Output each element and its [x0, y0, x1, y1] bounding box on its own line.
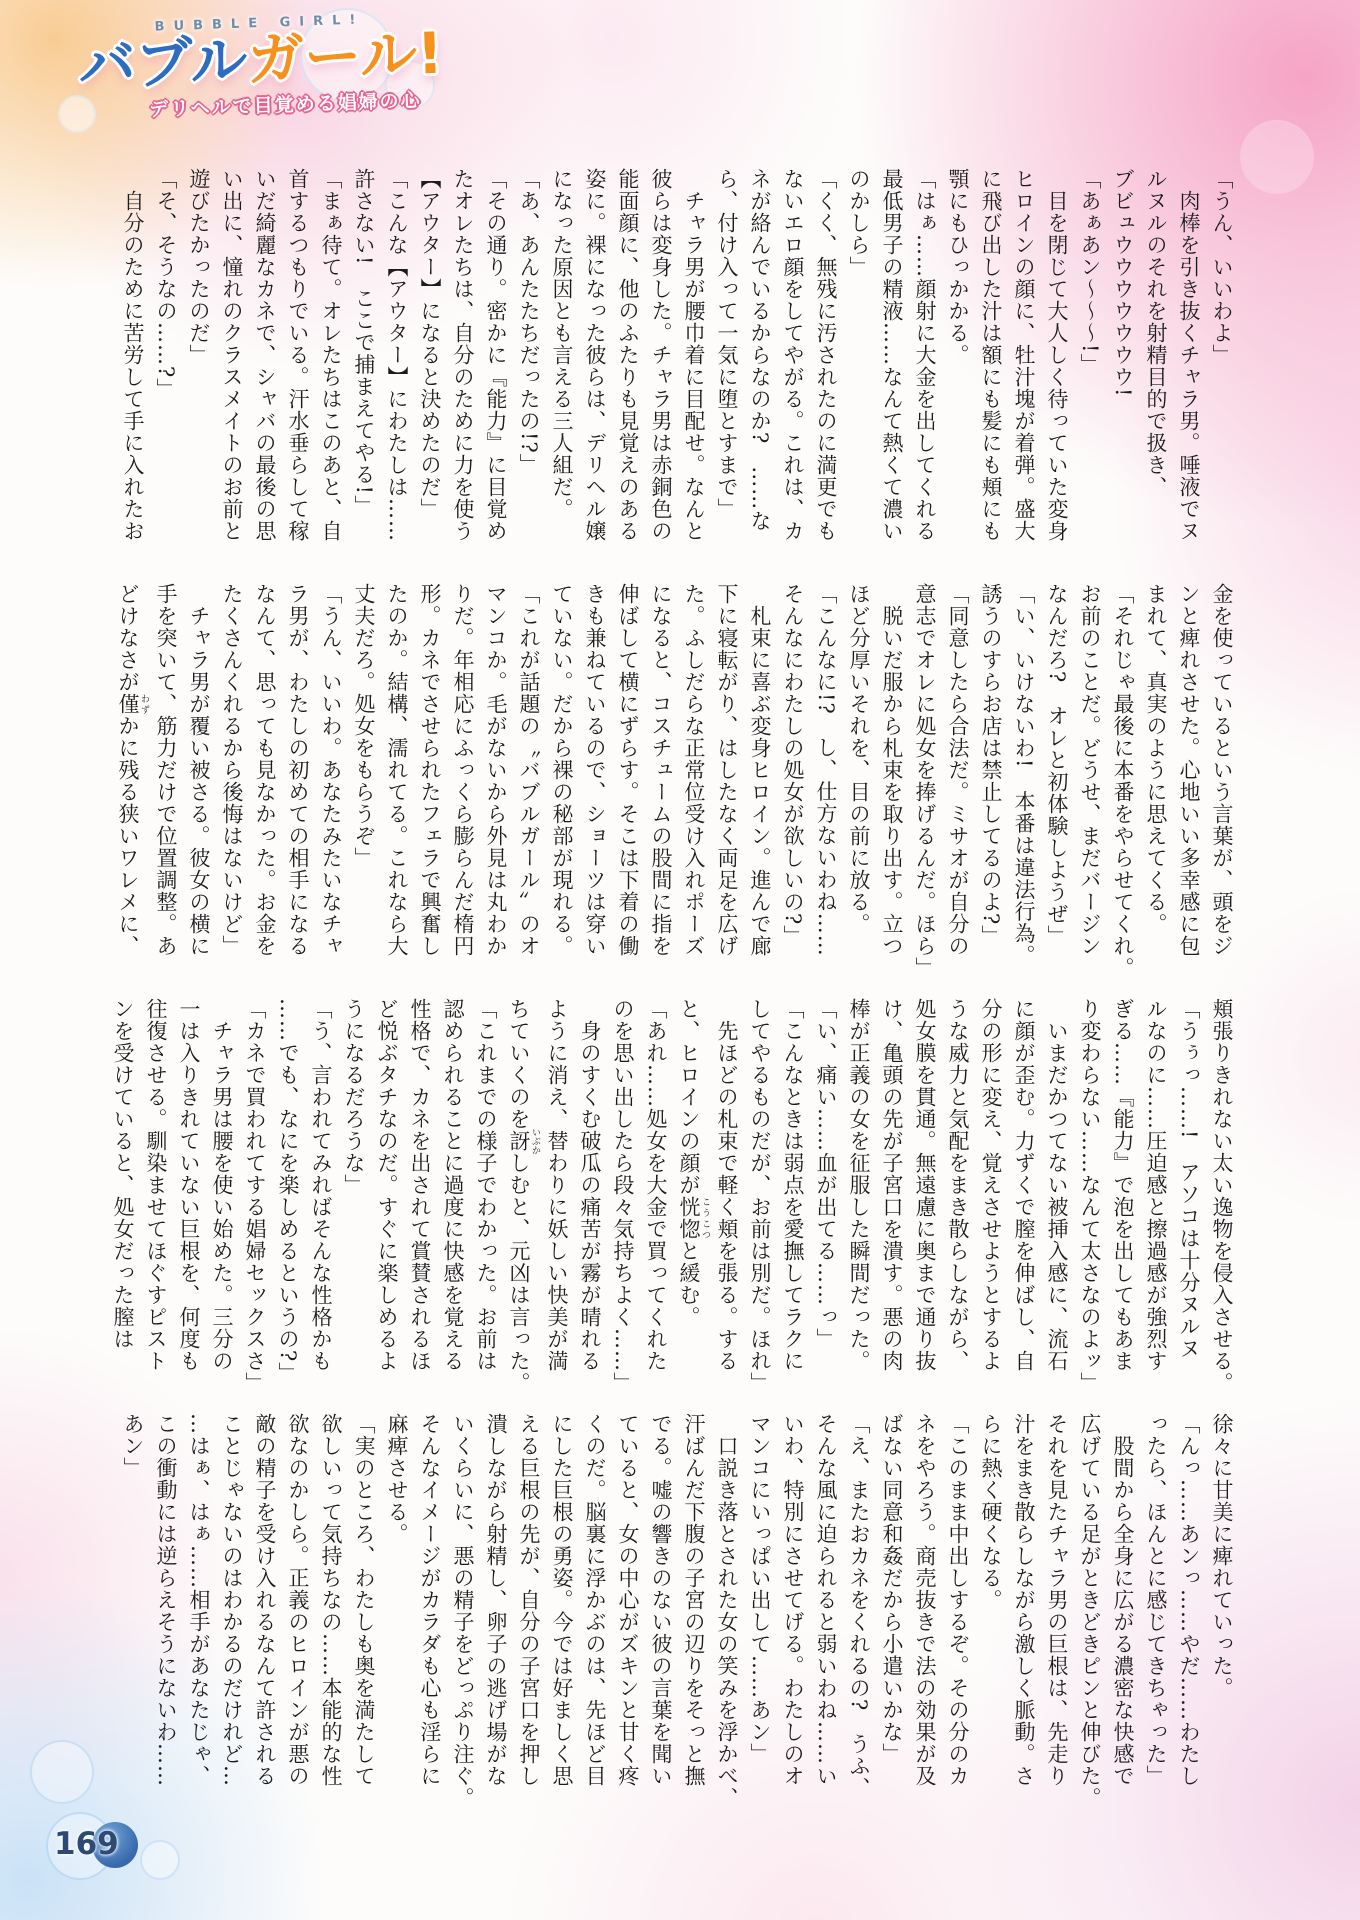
text-column: 「それじゃ最後に本番をやらせてくれ。	[1106, 583, 1139, 979]
text-column: た。ふしだらな正常位受け入れポーズ	[677, 583, 710, 979]
text-column: 汗ばんだ下腹の子宮の辺りをそっと撫	[677, 1413, 710, 1809]
text-column: …はぁ、はぁ……相手があなたじゃ、	[182, 1413, 215, 1809]
text-column: 「う、言われてみればそんな性格かも	[304, 998, 337, 1394]
text-column: 頬張りきれない太い逸物を侵入させる。	[1205, 998, 1238, 1394]
text-column: 「これが話題の〝バブルガール〟のオ	[512, 583, 545, 979]
text-column: 肉棒を引き抜くチャラ男。唾液でヌ	[1172, 168, 1205, 564]
text-column: 「まぁ待て。オレたちはこのあと、自	[314, 168, 347, 564]
text-column: してやるものだが、お前は別だ。ほれ」	[743, 998, 776, 1394]
text-column: にした巨根の勇姿。今では好ましく思	[545, 1413, 578, 1809]
text-column: 「はぁ……顔射に大金を出してくれる	[908, 168, 941, 564]
text-column: 手を突いて、筋力だけで位置調整。あ	[149, 583, 182, 979]
text-column: ら、付け入って一気に堕とすまで」	[710, 168, 743, 564]
text-column: りだ。年相応にふっくら膨らんだ楕円	[446, 583, 479, 979]
text-column: 「い、痛い……血が出てる……っ」	[809, 998, 842, 1394]
text-column: 「え、またおカネをくれるの? うふ、	[842, 1413, 875, 1809]
text-column: それを見たチャラ男の巨根は、先走り	[1040, 1413, 1073, 1809]
text-column: 伸ばして横にずらす。そこは下着の働	[611, 583, 644, 979]
text-column: 先ほどの札束で軽く頬を張る。する	[710, 998, 743, 1394]
text-column: 徐々に甘美に痺れていった。	[1205, 1413, 1238, 1809]
text-column: 口説き落とされた女の笑みを浮かべ、	[710, 1413, 743, 1809]
text-column: 誘うのすらお店は禁止してるのよ?」	[974, 583, 1007, 979]
text-column: そんな風に迫られると弱いわね……い	[809, 1413, 842, 1809]
text-column: 姿に。裸になった彼らは、デリヘル嬢	[578, 168, 611, 564]
text-column: 潰しながら射精し、卵子の逃げ場がな	[479, 1413, 512, 1809]
text-column: たくさんくれるから後悔はないけど」	[215, 583, 248, 979]
text-column: 顎にもひっかかる。	[941, 168, 974, 564]
text-band-2: 金を使っているという言葉が、頭をジンと痺れさせた。心地いい多幸感に包まれて、真実…	[112, 583, 1238, 979]
text-column: くのだ。脳裏に浮かぶのは、先ほど目	[578, 1413, 611, 1809]
text-column: ルヌルのそれを射精目的で扱き、	[1139, 168, 1172, 564]
text-column: たオレたちは、自分のために力を使う	[446, 168, 479, 564]
text-column: ブビュウウウウウウウ!	[1106, 168, 1139, 564]
text-column: 目を閉じて大人しく待っていた変身	[1040, 168, 1073, 564]
text-column: ネが絡んでいるからなのか? ……な	[743, 168, 776, 564]
text-column: 首するつもりでいる。汗水垂らして稼	[281, 168, 314, 564]
text-column: 棒が正義の女を征服した瞬間だった。	[842, 998, 875, 1394]
text-column: ったら、ほんとに感じてきちゃった」	[1139, 1413, 1172, 1809]
text-column: いまだかつてない被挿入感に、流石	[1040, 998, 1073, 1394]
text-column: ぎる……『能力』で泡を出してもあま	[1106, 998, 1139, 1394]
text-column: 「カネで買われてする娼婦セックスさ」	[238, 998, 271, 1394]
text-column: いだ綺麗なカネで、シャバの最後の思	[248, 168, 281, 564]
text-column: ネをやろう。商売抜きで法の効果が及	[908, 1413, 941, 1809]
text-column: 脱いだ服から札束を取り出す。立つ	[875, 583, 908, 979]
text-column: ちていくのを訝いぶかしむと、元凶は言った。	[502, 998, 540, 1394]
text-column: 欲なのかしら。正義のヒロインが悪の	[281, 1413, 314, 1809]
text-column: ように消え、替わりに妖しい快美が満	[540, 998, 573, 1394]
text-column: 往復させる。馴染ませてほぐすピスト	[139, 998, 172, 1394]
text-column: マンコにいっぱい出して……あン」	[743, 1413, 776, 1809]
text-column: 意志でオレに処女を捧げるんだ。ほら」	[908, 583, 941, 979]
text-column: 「あぁあン〜〜〜!」	[1073, 168, 1106, 564]
book-page: BUBBLE GIRL! バブルガール! デリヘルで目覚める娼婦の心 「うん、い…	[0, 0, 1360, 1920]
text-column: お前のことだ。どうせ、まだバージン	[1073, 583, 1106, 979]
text-column: どけなさが僅わずかに残る狭いワレメに、	[111, 583, 149, 979]
text-column: 「うん、いいわ。あなたみたいなチャ	[314, 583, 347, 979]
text-column: 分の形に変え、覚えさせようとするよ	[974, 998, 1007, 1394]
text-column: この衝動には逆らえそうにないわ……	[149, 1413, 182, 1809]
text-column: 札束に喜ぶ変身ヒロイン。進んで廊	[743, 583, 776, 979]
text-column: チャラ男が腰巾着に目配せ。なんと	[677, 168, 710, 564]
text-band-3: 頬張りきれない太い逸物を侵入させる。「うぅっ……! アソコは十分ヌルヌルなのに……	[112, 998, 1238, 1394]
text-column: 「うん、いいわよ」	[1205, 168, 1238, 564]
text-column: 「そ、そうなの……?」	[149, 168, 182, 564]
text-column: 「こんなに!? し、仕方ないわね……	[809, 583, 842, 979]
text-column: チャラ男が覆い被さる。彼女の横に	[182, 583, 215, 979]
text-column: り変わらない……なんて太さなのよッ」	[1073, 998, 1106, 1394]
text-column: 遊びたかったのだ」	[182, 168, 215, 564]
text-band-4: 徐々に甘美に痺れていった。「んっ……あンっ……やだ……わたしったら、ほんとに感じ…	[112, 1413, 1238, 1809]
text-band-1: 「うん、いいわよ」 肉棒を引き抜くチャラ男。唾液でヌルヌルのそれを射精目的で扱き…	[112, 168, 1238, 564]
text-column: まれて、真実のように思えてくる。	[1139, 583, 1172, 979]
text-column: 認められることに過度に快感を覚える	[436, 998, 469, 1394]
text-column: になった原因とも言える三人組だ。	[545, 168, 578, 564]
text-column: に顔が歪む。力ずくで膣を伸ばし、自	[1007, 998, 1040, 1394]
text-column: なんて、思っても見なかった。お金を	[248, 583, 281, 979]
logo-title-blue: バブル	[77, 27, 248, 99]
text-column: 下に寝転がり、はしたなく両足を広げ	[710, 583, 743, 979]
text-column: 「同意したら合法だ。ミサオが自分の	[941, 583, 974, 979]
text-column: ほど分厚いそれを、目の前に放る。	[842, 583, 875, 979]
text-column: 自分のために苦労して手に入れたお	[116, 168, 149, 564]
text-column: 「その通り。密かに『能力』に目覚め	[479, 168, 512, 564]
text-column: 金を使っているという言葉が、頭をジ	[1205, 583, 1238, 979]
text-column: たのか。結構、濡れてる。これなら大	[380, 583, 413, 979]
text-column: いくらいに、悪の精子をどっぷり注ぐ。	[446, 1413, 479, 1809]
text-column: 「あ、あんたたちだったの!?」	[512, 168, 545, 564]
text-column: 「い、いけないわ! 本番は違法行為。	[1007, 583, 1040, 979]
text-column: ど悦ぶタチなのだ。すぐに楽しめるよ	[370, 998, 403, 1394]
text-column: 一は入りきれていない巨根を、何度も	[172, 998, 205, 1394]
text-column: 「うぅっ……! アソコは十分ヌルヌ	[1172, 998, 1205, 1394]
text-column: える巨根の先が、自分の子宮口を押し	[512, 1413, 545, 1809]
text-column: ばない同意和姦だから小遣いかな」	[875, 1413, 908, 1809]
text-column: いわ、特別にさせてげる。わたしのオ	[776, 1413, 809, 1809]
text-column: うな威力と気配をまき散らしながら、	[941, 998, 974, 1394]
text-column: 麻痺させる。	[380, 1413, 413, 1809]
text-column: ……でも、なにを楽しめるというの?」	[271, 998, 304, 1394]
text-column: 汁をまき散らしながら激しく脈動。さ	[1007, 1413, 1040, 1809]
text-column: でる。嘘の響きのない彼の言葉を聞い	[644, 1413, 677, 1809]
text-column: 「このまま中出しするぞ。その分のカ	[941, 1413, 974, 1809]
text-column: い出に、憧れのクラスメイトのお前と	[215, 168, 248, 564]
text-column: に飛び出した汁は額にも髪にも頬にも	[974, 168, 1007, 564]
text-column: のを思い出したら段々気持ちよく……」	[606, 998, 639, 1394]
bubble-decoration	[30, 1740, 94, 1804]
text-column: 丈夫だろ。処女をもらうぞ」	[347, 583, 380, 979]
text-column: 性格で、カネを出されて賞賛されるほ	[403, 998, 436, 1394]
text-column: 処女膜を貫通。無遠慮に奥まで通り抜	[908, 998, 941, 1394]
text-column: 股間から全身に広がる濃密な快感で	[1106, 1413, 1139, 1809]
text-column: ルなのに……圧迫感と擦過感が強烈す	[1139, 998, 1172, 1394]
page-number: 169	[54, 1826, 119, 1862]
text-column: うになるだろうな」	[337, 998, 370, 1394]
text-column: 形。カネでさせられたフェラで興奮し	[413, 583, 446, 979]
text-column: 「こんな【アウター】にわたしは……	[380, 168, 413, 564]
text-column: ンを受けていると、処女だった膣は	[106, 998, 139, 1394]
text-column: 「実のところ、わたしも奥を満たして	[347, 1413, 380, 1809]
text-column: 欲しいって気持ちなの……本能的な性	[314, 1413, 347, 1809]
text-column: チャラ男は腰を使い始めた。三分の	[205, 998, 238, 1394]
page-number-area: 169	[52, 1816, 162, 1886]
text-column: ていると、女の中心がズキンと甘く疼	[611, 1413, 644, 1809]
logo-title-orange: ガール!	[246, 21, 444, 94]
text-column: 「んっ……あンっ……やだ……わたし	[1172, 1413, 1205, 1809]
text-column: 最低男子の精液……なんて熱くて濃い	[875, 168, 908, 564]
text-column: 彼らは変身した。チャラ男は赤銅色の	[644, 168, 677, 564]
text-column: ていない。だから裸の秘部が現れる。	[545, 583, 578, 979]
text-column: 能面顔に、他のふたりも見覚えのある	[611, 168, 644, 564]
text-column: そんなイメージがカラダも心も淫らに	[413, 1413, 446, 1809]
text-column: のかしら」	[842, 168, 875, 564]
text-column: ないエロ顔をしてやがる。これは、カ	[776, 168, 809, 564]
text-column: 「あれ……処女を大金で買ってくれた	[639, 998, 672, 1394]
text-column: 許さない! ここで捕まえてやる!」	[347, 168, 380, 564]
text-column: マンコか。毛がないから外見は丸わか	[479, 583, 512, 979]
text-column: きも兼ねているので、ショーツは穿い	[578, 583, 611, 979]
bubble-decoration	[1240, 120, 1314, 194]
text-column: 敵の精子を受け入れるなんて許される	[248, 1413, 281, 1809]
text-column: 「くく、無残に汚されたのに満更でも	[809, 168, 842, 564]
text-column: け、亀頭の先が子宮口を潰す。悪の肉	[875, 998, 908, 1394]
book-logo: BUBBLE GIRL! バブルガール! デリヘルで目覚める娼婦の心	[64, 9, 457, 124]
text-column: あン」	[116, 1413, 149, 1809]
text-column: なんだろ? オレと初体験しようぜ」	[1040, 583, 1073, 979]
text-column: 身のすくむ破瓜の痛苦が霧が晴れる	[573, 998, 606, 1394]
text-column: そんなにわたしの処女が欲しいの?」	[776, 583, 809, 979]
text-column: らに熱く硬くなる。	[974, 1413, 1007, 1809]
text-column: ことじゃないのはわかるのだけれど…	[215, 1413, 248, 1809]
text-column: になると、コスチュームの股間に指を	[644, 583, 677, 979]
text-column: 広げている足がときどきピンと伸びた。	[1073, 1413, 1106, 1809]
text-column: ンと痺れさせた。心地いい多幸感に包	[1172, 583, 1205, 979]
text-column: と、ヒロインの顔が恍惚こうこつと緩む。	[672, 998, 710, 1394]
text-column: 「こんなときは弱点を愛撫してラクに	[776, 998, 809, 1394]
text-column: ヒロインの顔に、牡汁塊が着弾。盛大	[1007, 168, 1040, 564]
text-column: 「これまでの様子でわかった。お前は	[469, 998, 502, 1394]
text-column: ラ男が、わたしの初めての相手になる	[281, 583, 314, 979]
text-column: 【アウター】になると決めたのだ」	[413, 168, 446, 564]
